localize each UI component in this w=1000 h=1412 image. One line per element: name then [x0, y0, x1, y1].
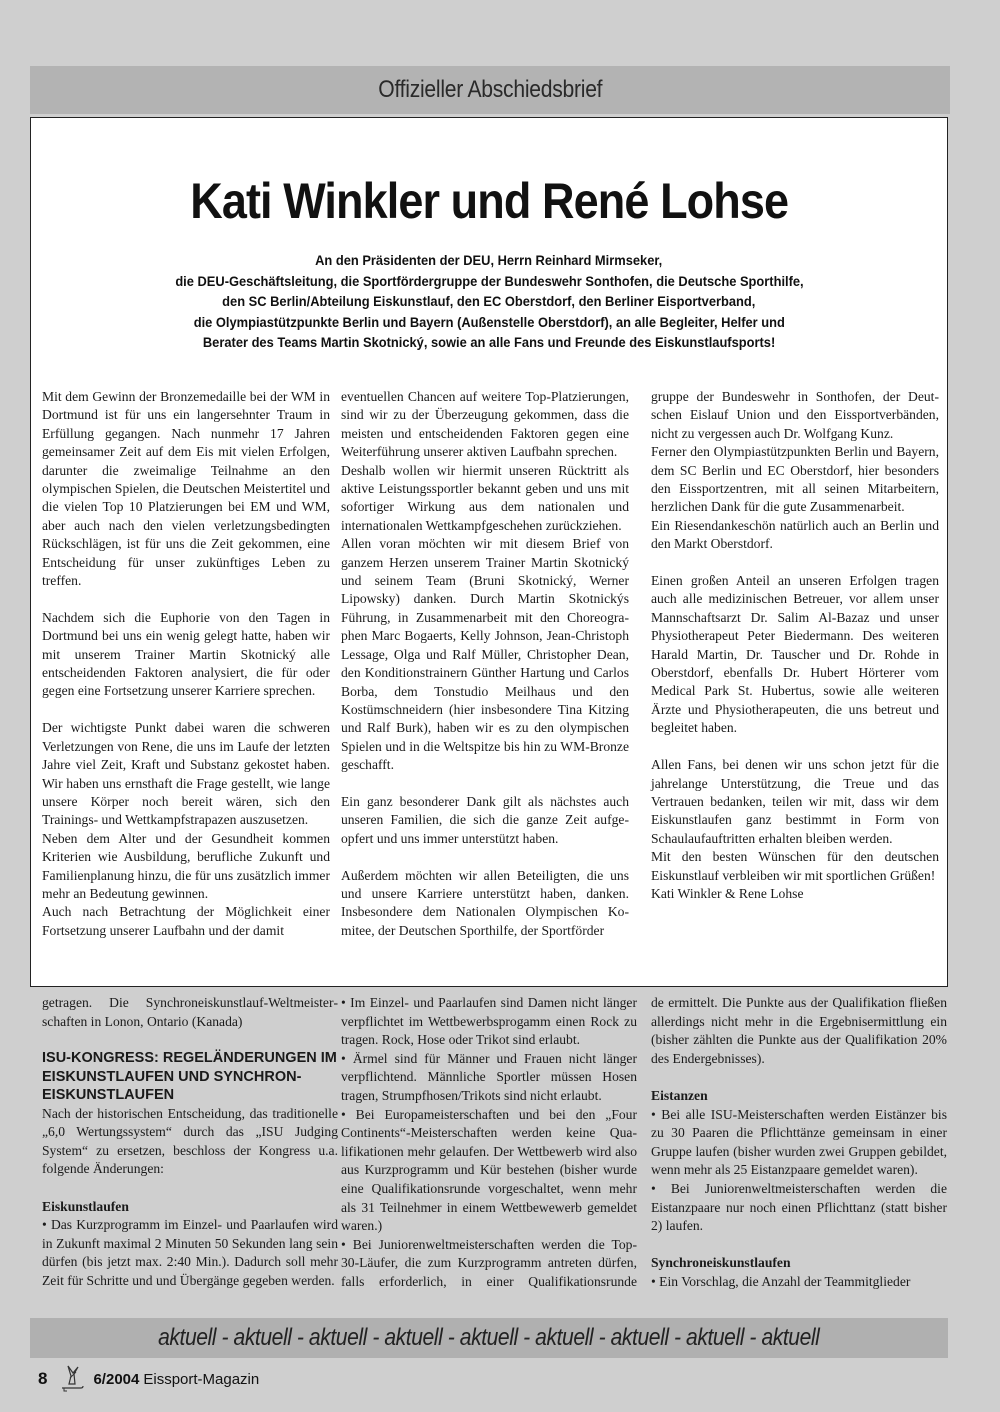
letter-paragraph: eventuellen Chancen auf weitere Top-Plat…: [341, 388, 629, 462]
article-paragraph: getragen. Die Synchroneiskunstlauf-Weltm…: [42, 994, 338, 1031]
magazine-name: Eissport-Magazin: [143, 1371, 259, 1388]
salutation-line: die DEU-Geschäftsleitung, die Sportförde…: [31, 271, 947, 292]
letter-salutation: An den Präsidenten der DEU, Herrn Reinha…: [31, 250, 947, 353]
bullet-item: • Ein Vorschlag, die Anzahl der Teammitg…: [651, 1273, 947, 1292]
article-column-1: getragen. Die Synchroneiskunstlauf-Weltm…: [42, 994, 338, 1291]
salutation-line: An den Präsidenten der DEU, Herrn Reinha…: [31, 250, 947, 271]
letter-column-1: Mit dem Gewinn der Bronzemedaille bei de…: [42, 388, 330, 940]
letter-paragraph: Außerdem möchten wir allen Beteiligten, …: [341, 867, 629, 941]
salutation-line: den SC Berlin/Abteilung Eiskunstlauf, de…: [31, 291, 947, 312]
section-heading: ISU-KONGRESS: REGELÄNDERUNGEN IM EISKUNS…: [42, 1049, 338, 1105]
bullet-item: • Bei Europameisterschaften und bei den …: [341, 1106, 637, 1236]
page-number: 8: [38, 1369, 47, 1389]
bullet-item: • Im Einzel- und Paarlaufen sind Damen n…: [341, 994, 637, 1050]
bullet-item: • Bei Juniorenweltmeisterschaften werden…: [651, 1180, 947, 1236]
letter-column-3: gruppe der Bundeswehr in Sonthofen, der …: [651, 388, 939, 903]
letter-paragraph: Deshalb wollen wir hiermit unseren Rückt…: [341, 462, 629, 536]
farewell-letter-box: Kati Winkler und René Lohse An den Präsi…: [30, 117, 948, 987]
letter-paragraph: Einen großen Anteil an unseren Erfolgen …: [651, 572, 939, 738]
bullet-item-continued: de ermittelt. Die Punkte aus der Qualifi…: [651, 994, 947, 1068]
subheading-eistanzen: Eistanzen: [651, 1087, 947, 1106]
skater-logo-icon: [59, 1364, 85, 1394]
article-column-3: de ermittelt. Die Punkte aus der Qualifi…: [651, 994, 947, 1292]
letter-paragraph: Der wichtigste Punkt dabei waren die sch…: [42, 719, 330, 829]
article-paragraph: Nach der historischen Entscheidung, das …: [42, 1105, 338, 1179]
letter-paragraph: Mit den besten Wünschen für den deutsche…: [651, 848, 939, 885]
aktuell-band-text: aktuell - aktuell - aktuell - aktuell - …: [158, 1324, 819, 1352]
letter-paragraph: Ferner den Olympiastützpunkten Berlin un…: [651, 443, 939, 517]
subheading-eiskunstlaufen: Eiskunstlaufen: [42, 1198, 338, 1217]
letter-signature: Kati Winkler & Rene Lohse: [651, 885, 939, 903]
salutation-line: Berater des Teams Martin Skotnický, sowi…: [31, 332, 947, 353]
section-header-title: Offizieller Abschiedsbrief: [378, 76, 602, 104]
subheading-synchron: Synchroneiskunstlaufen: [651, 1254, 947, 1273]
letter-paragraph: Ein Riesendankeschön natürlich auch an B…: [651, 517, 939, 554]
letter-column-2: eventuellen Chancen auf weitere Top-Plat…: [341, 388, 629, 940]
letter-paragraph: Nachdem sich die Euphorie von den Tagen …: [42, 609, 330, 701]
letter-paragraph: Mit dem Gewinn der Bronzemedaille bei de…: [42, 388, 330, 590]
letter-paragraph: gruppe der Bundeswehr in Sonthofen, der …: [651, 388, 939, 443]
bullet-item: • Ärmel sind für Männer und Frauen nicht…: [341, 1050, 637, 1106]
letter-paragraph: Neben dem Alter und der Gesundheit komme…: [42, 830, 330, 904]
issue-number: 6/2004: [93, 1371, 139, 1388]
page-footer: 8 6/2004 Eissport-Magazin: [38, 1364, 259, 1394]
letter-paragraph: Allen voran möchten wir mit diesem Brief…: [341, 535, 629, 774]
article-column-2: • Im Einzel- und Paarlaufen sind Damen n…: [341, 994, 637, 1292]
aktuell-band: aktuell - aktuell - aktuell - aktuell - …: [30, 1318, 948, 1358]
salutation-line: die Olympiastützpunkte Berlin und Bayern…: [31, 312, 947, 333]
letter-title: Kati Winkler und René Lohse: [31, 172, 947, 230]
letter-paragraph: Ein ganz besonderer Dank gilt als nächst…: [341, 793, 629, 848]
bullet-item: • Bei Juniorenweltmeisterschaften werden…: [341, 1236, 637, 1292]
bullet-item: • Das Kurzprogramm im Einzel- und Paarla…: [42, 1216, 338, 1290]
bullet-item: • Bei alle ISU-Meisterschaften werden Ei…: [651, 1106, 947, 1180]
section-header-band: Offizieller Abschiedsbrief: [30, 66, 950, 114]
letter-paragraph: Allen Fans, bei denen wir uns schon jetz…: [651, 756, 939, 848]
letter-paragraph: Auch nach Betrachtung der Möglichkeit ei…: [42, 903, 330, 940]
